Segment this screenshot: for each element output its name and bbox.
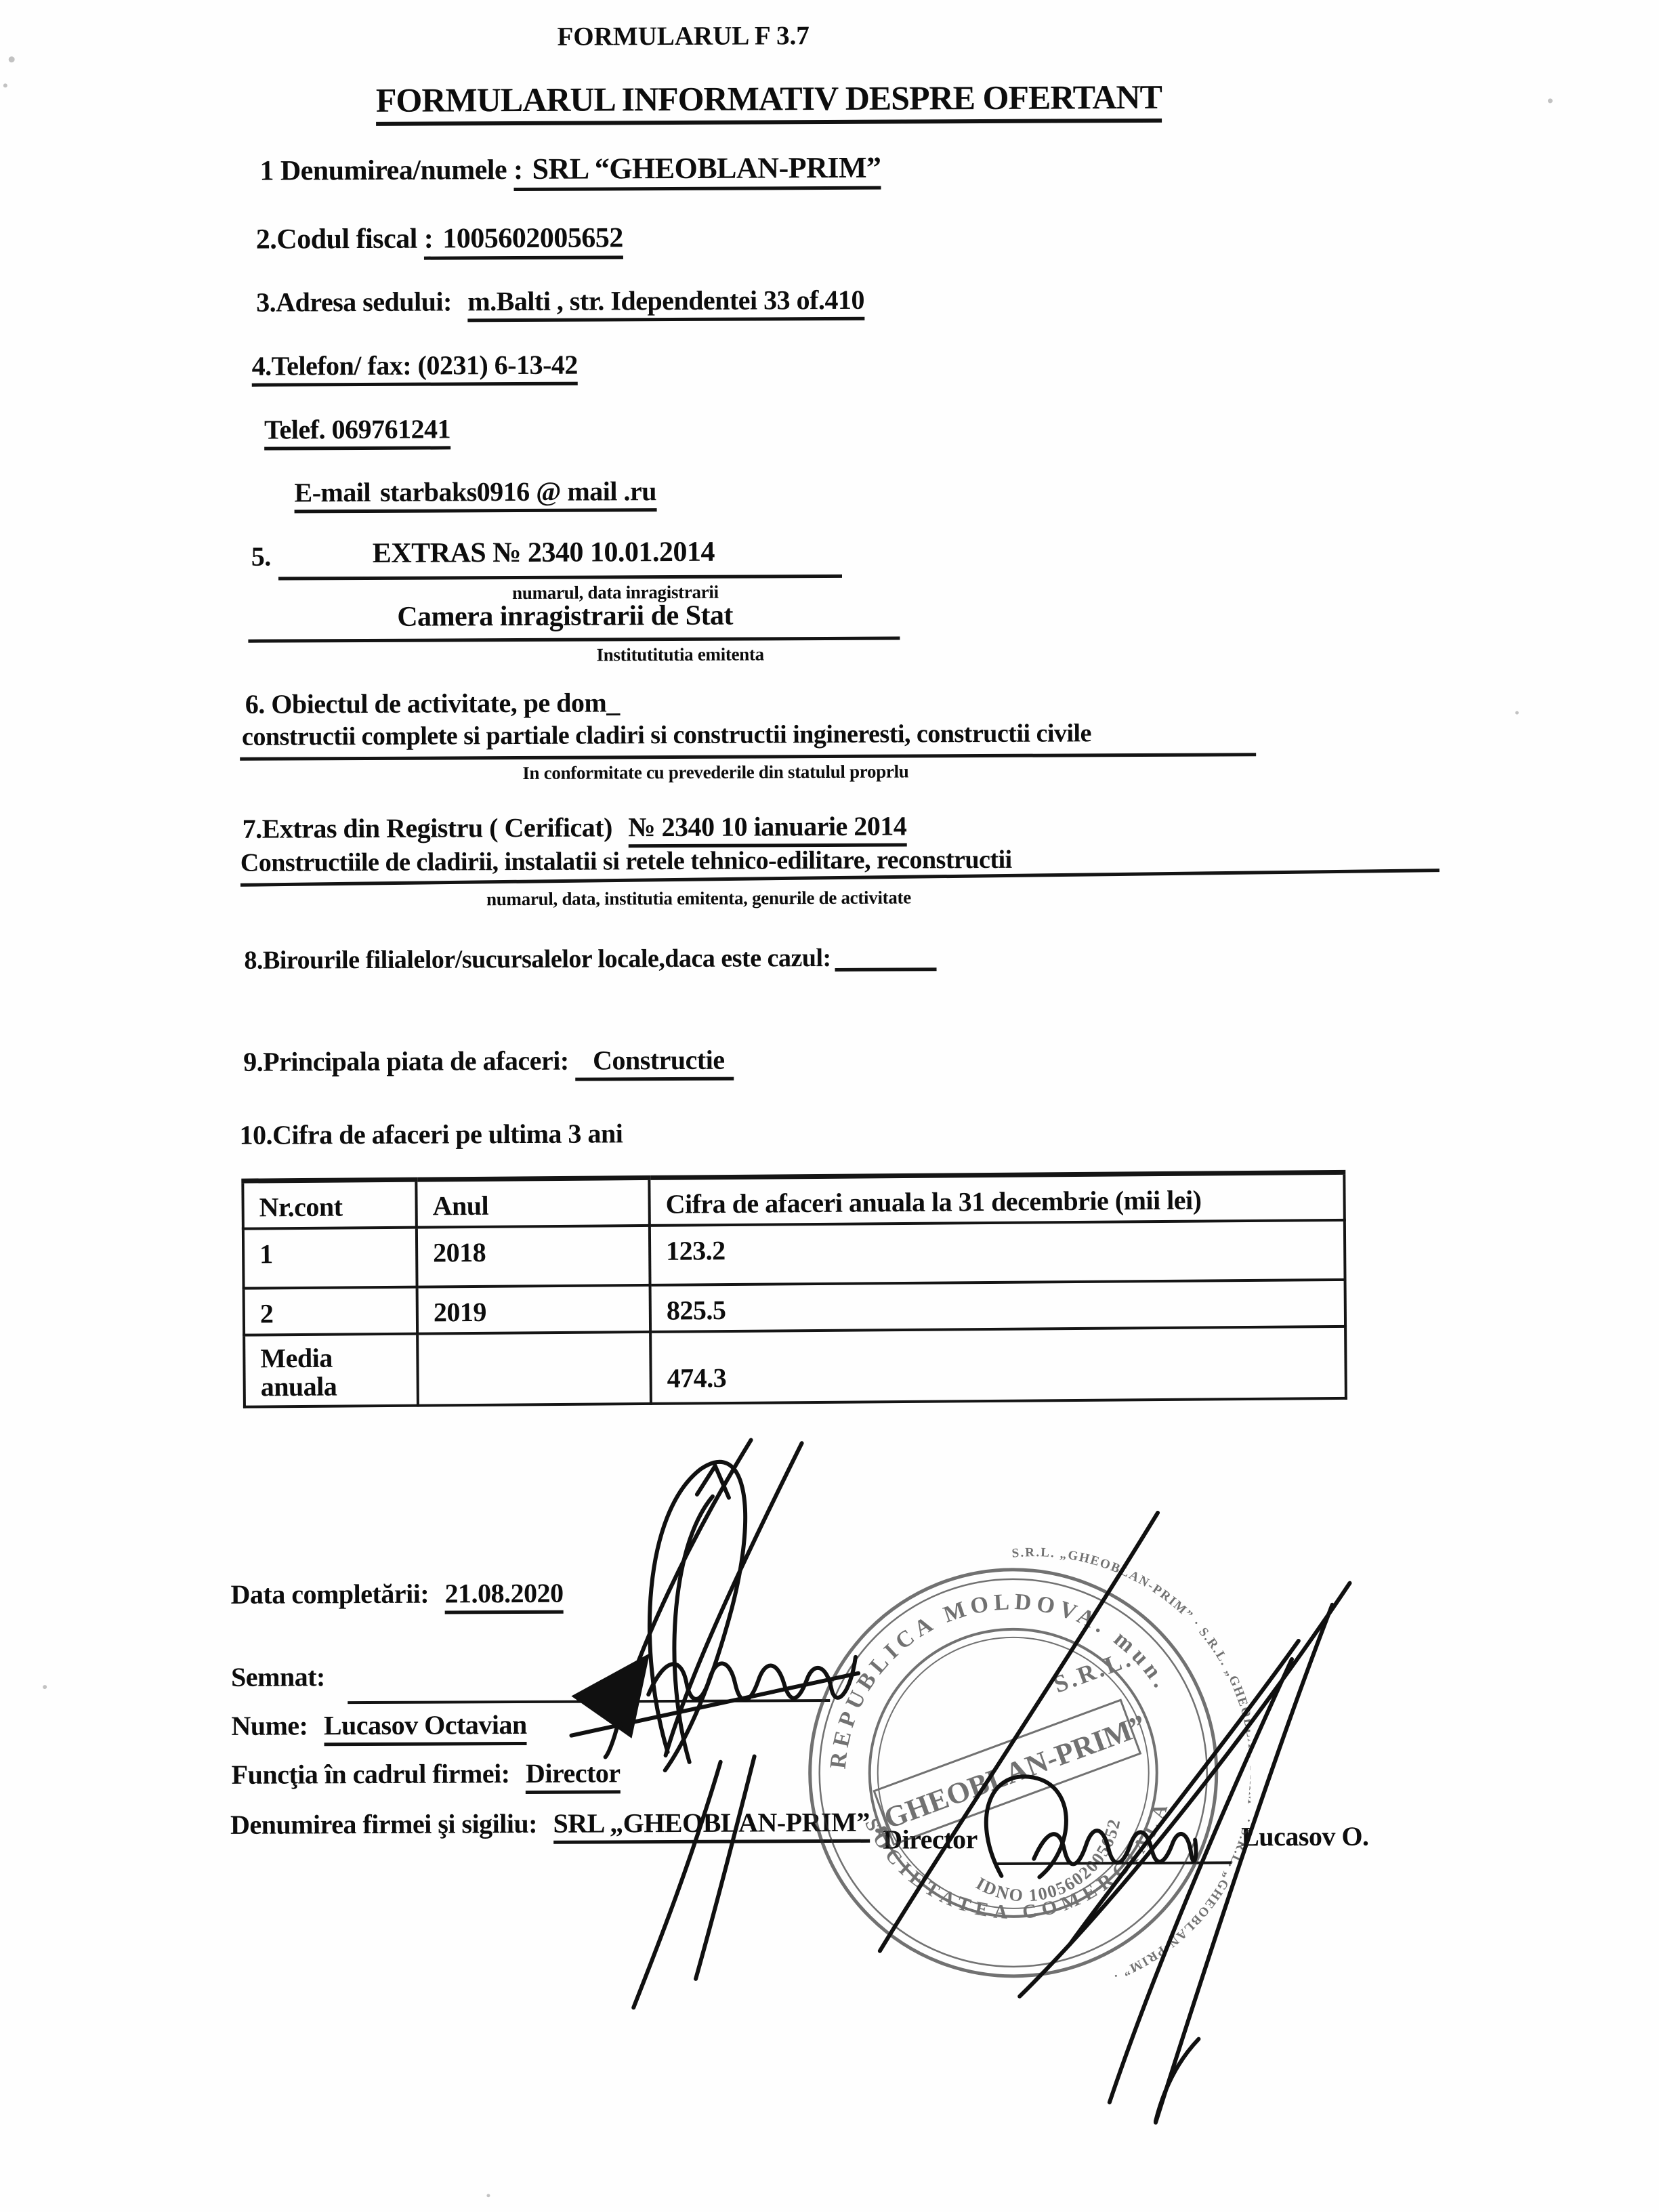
- document-title-text: FORMULARUL INFORMATIV DESPRE OFERTANT: [376, 78, 1162, 126]
- field7-value: № 2340 10 ianuarie 2014: [628, 811, 906, 848]
- field-denumirea-value-wrap: :SRL “GHEOBLAN-PRIM”: [513, 153, 881, 191]
- table-row: Media anuala 474.3: [244, 1327, 1346, 1407]
- scan-speck: [1515, 711, 1519, 715]
- field10-label: 10.Cifra de afaceri pe ultima 3 ani: [240, 1117, 623, 1150]
- cell-cifra-2018: 123.2: [650, 1220, 1345, 1285]
- scan-speck: [43, 1685, 47, 1689]
- footer-name-label: Nume:: [231, 1710, 308, 1740]
- table-row: 1 2018 123.2: [243, 1220, 1345, 1289]
- field-denumirea-colon: :: [513, 154, 523, 186]
- field6-label: 6. Obiectul de activitate, pe dom_: [245, 686, 620, 719]
- scan-speck: [486, 2194, 490, 2197]
- field-cod-fiscal-value-wrap: :1005602005652: [424, 222, 623, 259]
- cell-nr-1: 1: [243, 1228, 417, 1289]
- field-cod-fiscal-colon: :: [424, 224, 434, 255]
- table-header-row: Nr.cont Anul Cifra de afaceri anuala la …: [243, 1172, 1345, 1228]
- signature-ink: [409, 1434, 1442, 2197]
- field5-issuer-value: Camera inragistrarii de Stat: [397, 600, 733, 633]
- footer-date-label: Data completării:: [230, 1579, 429, 1610]
- field-telefon: Telef. 069761241: [264, 413, 450, 445]
- scan-speck: [3, 83, 7, 87]
- field-email-value: starbaks0916 @ mail .ru: [380, 476, 656, 507]
- field5-underline: [278, 575, 842, 581]
- field9-value: Constructie: [575, 1045, 734, 1081]
- scanned-form-page: FORMULARUL F 3.7 FORMULARUL INFORMATIV D…: [0, 0, 1659, 2212]
- header-nr-cont: Nr.cont: [243, 1180, 417, 1229]
- field-cod-fiscal-label: 2.Codul fiscal: [256, 224, 417, 255]
- cell-nr-2: 2: [244, 1287, 418, 1335]
- field-adresa-label: 3.Adresa sedului:: [256, 286, 452, 317]
- field-denumirea-value: SRL “GHEOBLAN-PRIM”: [532, 151, 881, 186]
- header-anul: Anul: [416, 1177, 650, 1227]
- field5-number: 5.: [251, 541, 271, 572]
- field9-line: 9.Principala piata de afaceri: Construct…: [243, 1044, 734, 1078]
- scan-speck: [1548, 98, 1553, 103]
- field6-note: In conformitate cu prevederile din statu…: [522, 761, 908, 783]
- field-cod-fiscal: 2.Codul fiscal :1005602005652: [256, 222, 623, 255]
- field-telefon-fax: 4.Telefon/ fax: (0231) 6-13-42: [252, 349, 578, 382]
- field7-line2: Constructiile de cladirii, instalatii si…: [240, 845, 1012, 878]
- field-email-label: E-mail: [294, 477, 371, 507]
- form-code: FORMULARUL F 3.7: [557, 20, 809, 52]
- field7-line1: 7.Extras din Registru ( Cerificat) № 234…: [243, 810, 907, 845]
- cell-an-2019: 2019: [417, 1285, 651, 1334]
- scan-content: FORMULARUL F 3.7 FORMULARUL INFORMATIV D…: [0, 0, 1659, 2212]
- document-title: FORMULARUL INFORMATIV DESPRE OFERTANT: [376, 77, 1162, 120]
- field6-underline: [240, 753, 1256, 761]
- field-cod-fiscal-value: 1005602005652: [442, 222, 623, 254]
- cell-media-value: 474.3: [650, 1327, 1346, 1404]
- table-row: 2 2019 825.5: [244, 1280, 1345, 1335]
- field-adresa-value: m.Balti , str. Idependentei 33 of.410: [467, 285, 864, 322]
- cell-cifra-2019: 825.5: [650, 1280, 1346, 1332]
- field5-note-issuer: Institutitutia emitenta: [596, 644, 763, 665]
- field-denumirea: 1 Denumirea/numele :SRL “GHEOBLAN-PRIM”: [259, 150, 881, 188]
- field5-extras-value: EXTRAS № 2340 10.01.2014: [373, 536, 715, 570]
- cell-media-anuala: Media anuala: [244, 1334, 418, 1407]
- field-denumirea-label: 1 Denumirea/numele: [259, 154, 507, 187]
- cell-media-an: [417, 1332, 651, 1406]
- field8-text: 8.Birourile filialelor/sucursalelor loca…: [244, 944, 831, 975]
- footer-signed-line: Semnat:: [231, 1661, 325, 1693]
- field-telefon-fax-text: 4.Telefon/ fax: (0231) 6-13-42: [252, 350, 578, 387]
- field-telefon-text: Telef. 069761241: [264, 413, 450, 450]
- field-adresa: 3.Adresa sedului: m.Balti , str. Idepend…: [256, 284, 864, 318]
- field9-label: 9.Principala piata de afaceri:: [243, 1045, 569, 1077]
- turnover-table: Nr.cont Anul Cifra de afaceri anuala la …: [241, 1170, 1347, 1408]
- field8-label: 8.Birourile filialelor/sucursalelor loca…: [244, 942, 936, 975]
- field8-blank-line: [835, 967, 937, 972]
- field7-note: numarul, data, institutia emitenta, genu…: [486, 887, 911, 910]
- field7-label: 7.Extras din Registru ( Cerificat): [243, 812, 612, 843]
- cell-an-2018: 2018: [417, 1226, 650, 1287]
- field5-issuer-underline: [248, 637, 900, 643]
- field-email-wrap: E-mailstarbaks0916 @ mail .ru: [294, 476, 656, 513]
- header-cifra: Cifra de afaceri anuala la 31 decembrie …: [649, 1172, 1345, 1226]
- field-email: E-mailstarbaks0916 @ mail .ru: [294, 475, 656, 508]
- scan-speck: [9, 56, 15, 62]
- field6-value: constructii complete si partiale cladiri…: [242, 718, 1091, 751]
- signature-strokes: [570, 1438, 1352, 2125]
